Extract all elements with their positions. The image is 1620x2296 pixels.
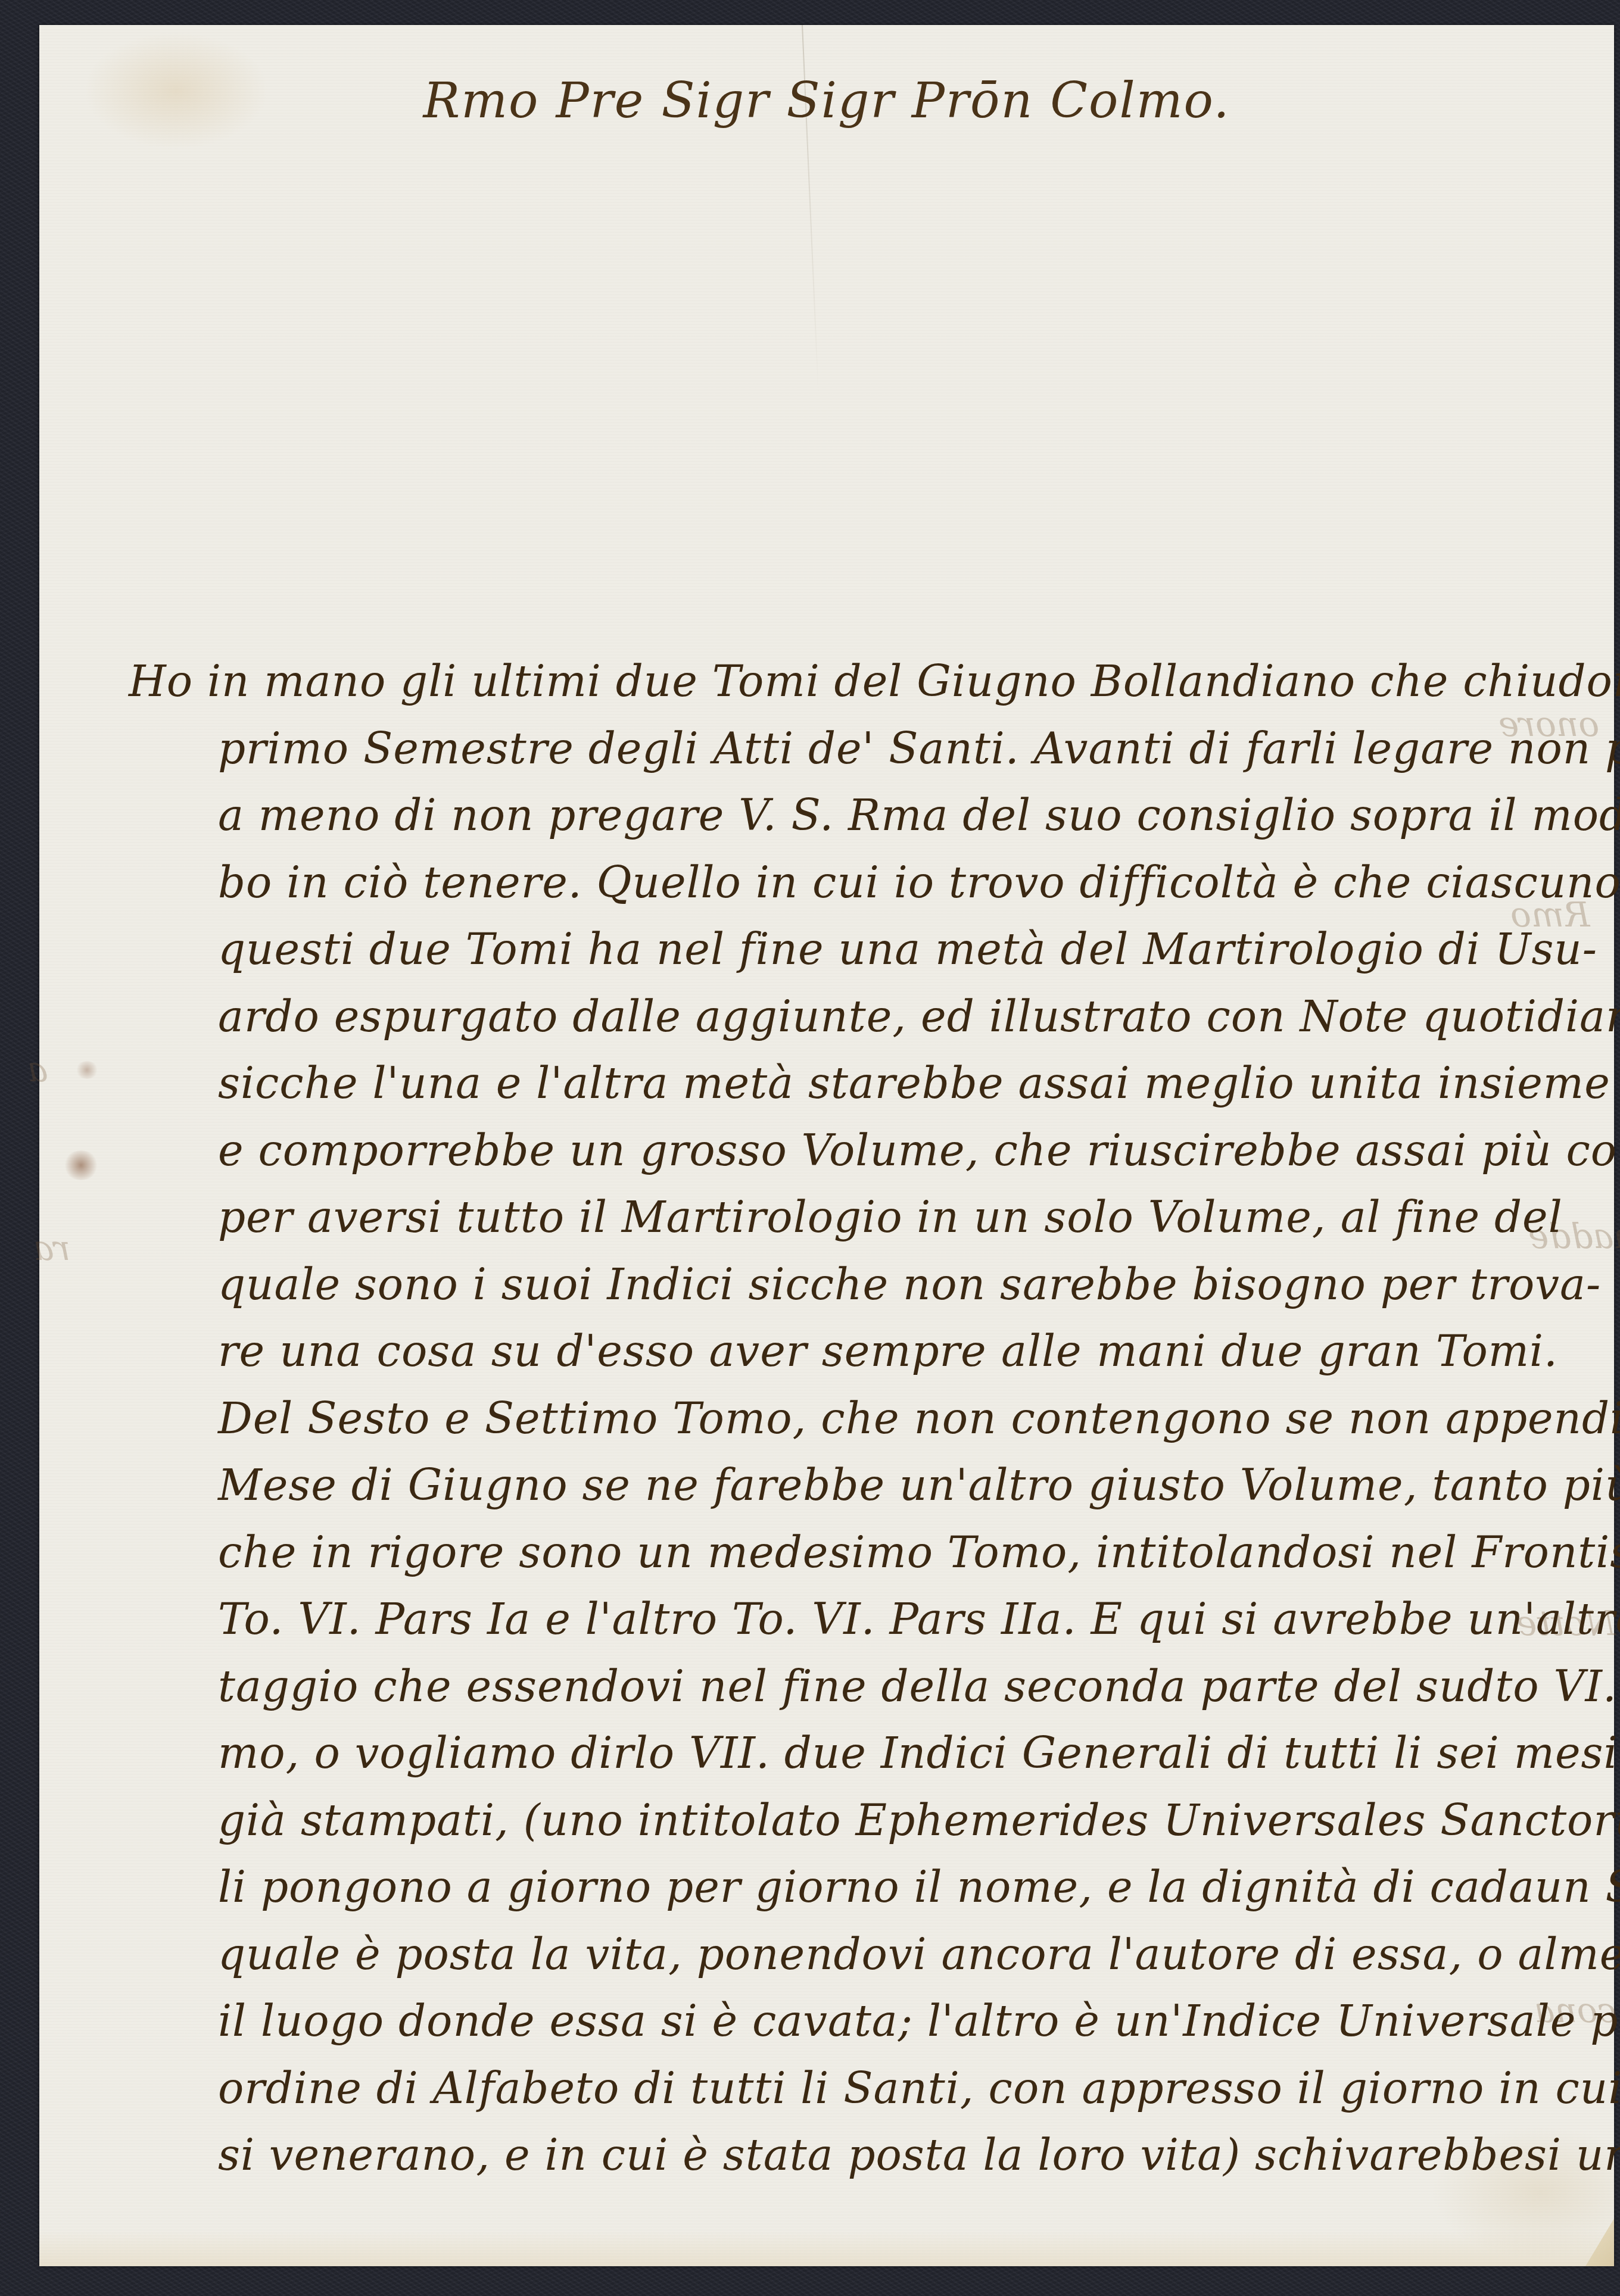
- letter-line: li pongono a giorno per giorno il nome, …: [129, 1854, 1558, 1921]
- letter-line: sicche l'una e l'altra metà starebbe ass…: [129, 1050, 1558, 1117]
- letter-line: quale sono i suoi Indici sicche non sare…: [129, 1251, 1558, 1318]
- letter-line: To. VI. Pars Ia e l'altro To. VI. Pars I…: [129, 1586, 1558, 1653]
- letter-line: il luogo donde essa si è cavata; l'altro…: [129, 1988, 1558, 2055]
- letter-line: bo in ciò tenere. Quello in cui io trovo…: [129, 849, 1558, 916]
- ink-stain: [63, 1150, 99, 1180]
- letter-line: si venerano, e in cui è stata posta la l…: [129, 2122, 1558, 2189]
- letter-line: quale è posta la vita, ponendovi ancora …: [129, 1921, 1558, 1988]
- letter-body: Ho in mano gli ultimi due Tomi del Giugn…: [129, 648, 1558, 2189]
- letter-line: ordine di Alfabeto di tutti li Santi, co…: [129, 2055, 1558, 2122]
- letter-line: re una cosa su d'esso aver sempre alle m…: [129, 1318, 1558, 1385]
- letter-line: che in rigore sono un medesimo Tomo, int…: [129, 1519, 1558, 1586]
- bleed-through-text: a: [27, 1049, 48, 1090]
- letter-line: mo, o vogliamo dirlo VII. due Indici Gen…: [129, 1720, 1558, 1787]
- letter-line: e comporrebbe un grosso Volume, che rius…: [129, 1117, 1558, 1184]
- letter-line: per aversi tutto il Martirologio in un s…: [129, 1184, 1558, 1251]
- letter-line: a meno di non pregare V. S. Rma del suo …: [129, 782, 1558, 849]
- letter-line: Ho in mano gli ultimi due Tomi del Giugn…: [129, 648, 1558, 715]
- letter-line: Mese di Giugno se ne farebbe un'altro gi…: [129, 1452, 1558, 1519]
- ink-stain: [75, 1061, 99, 1079]
- letter-line: primo Semestre degli Atti de' Santi. Ava…: [129, 715, 1558, 782]
- letter-line: ardo espurgato dalle aggiunte, ed illust…: [129, 983, 1558, 1050]
- folded-corner: [1578, 2219, 1614, 2266]
- letter-line: Del Sesto e Settimo Tomo, che non conten…: [129, 1385, 1558, 1452]
- letter-line: questi due Tomi ha nel fine una metà del…: [129, 916, 1558, 983]
- letter-salutation-heading: Rmo Pre Sigr Sigr Prōn Colmo.: [39, 73, 1614, 129]
- letter-line: taggio che essendovi nel fine della seco…: [129, 1653, 1558, 1720]
- letter-line: già stampati, (uno intitolato Ephemeride…: [129, 1787, 1558, 1854]
- bleed-through-text: ra: [33, 1228, 70, 1268]
